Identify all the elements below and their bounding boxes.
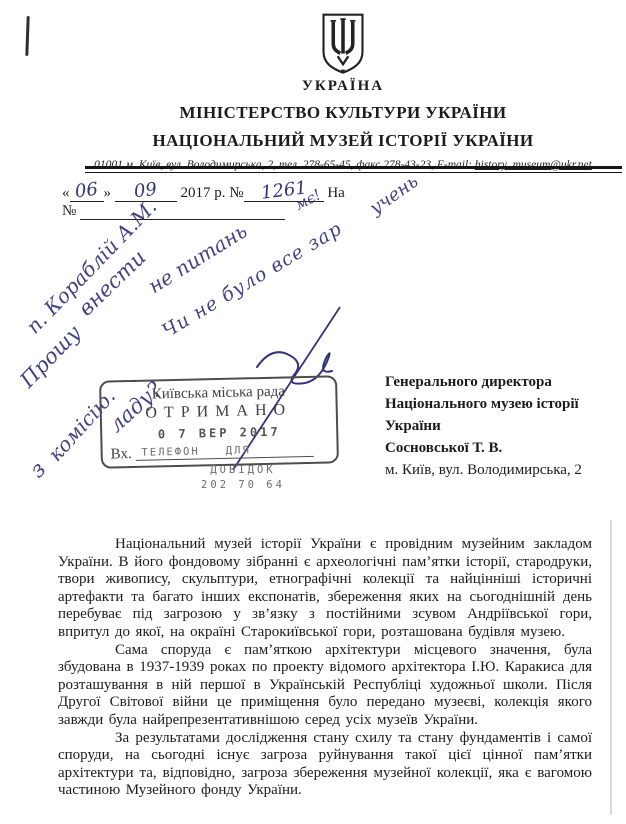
na-label: На xyxy=(327,185,345,201)
handwritten-day: 06 xyxy=(74,179,99,203)
body-paragraph: За результатами дослідження стану схилу … xyxy=(58,730,592,800)
phone-number: 202 70 64 xyxy=(183,478,303,493)
pen-mark xyxy=(25,16,29,56)
recipient-block: Генерального директора Національного муз… xyxy=(385,371,582,481)
letter-body: Національний музей історії України є про… xyxy=(58,536,592,800)
handwritten-note-segment: Прошу xyxy=(15,321,85,393)
phone-word: ДОВІДОК xyxy=(183,463,303,478)
phone-word: ДЛЯ xyxy=(226,444,251,457)
close-quote: » xyxy=(104,185,112,201)
stamp-phone-overprint: ТЕЛЕФОНДЛЯ xyxy=(141,444,250,458)
day-field: 06 xyxy=(70,180,104,202)
recipient-org: Національного музею історії xyxy=(385,393,582,415)
recipient-address: м. Київ, вул. Володимирська, 2 xyxy=(385,459,582,481)
ukraine-trident-emblem-icon xyxy=(316,12,370,74)
recipient-title: Генерального директора xyxy=(385,371,582,393)
open-quote: « xyxy=(62,185,70,201)
stamp-entry-field: ТЕЛЕФОНДЛЯ xyxy=(135,444,313,461)
stamp-status: ОТРИМАНО xyxy=(102,400,336,423)
museum-title: НАЦІОНАЛЬНИЙ МУЗЕЙ ІСТОРІЇ УКРАЇНИ xyxy=(60,131,626,151)
stamp-entry-label: Вх. xyxy=(111,446,132,462)
incoming-number-line: № xyxy=(62,203,285,220)
body-paragraph: Сама споруда є пам’яткою архітектури міс… xyxy=(58,642,592,730)
recipient-name: Сосновської Т. В. xyxy=(385,437,582,459)
phone-word: ТЕЛЕФОН xyxy=(141,446,200,459)
received-stamp: Київська міська рада ОТРИМАНО 0 7 ВЕР 20… xyxy=(99,375,339,468)
recipient-org2: України xyxy=(385,415,582,437)
stamp-date: 0 7 ВЕР 2017 xyxy=(102,423,336,442)
incoming-number-field xyxy=(80,219,285,220)
incoming-number-label: № xyxy=(62,203,76,219)
handwritten-note-segment: учень xyxy=(366,171,422,219)
phone-stamp: ДОВІДОК 202 70 64 xyxy=(183,463,303,493)
handwritten-note-segment: з xyxy=(25,457,51,483)
date-suffix: 2017 р. № xyxy=(181,185,244,201)
stamp-entry-line: Вх. ТЕЛЕФОНДЛЯ xyxy=(111,441,331,463)
scan-edge-artifact xyxy=(610,520,612,815)
letterhead: УКРАЇНА МІНІСТЕРСТВО КУЛЬТУРИ УКРАЇНИ НА… xyxy=(60,12,626,171)
body-paragraph: Національний музей історії України є про… xyxy=(58,536,592,642)
letterhead-divider-rule xyxy=(85,166,622,173)
country-title: УКРАЇНА xyxy=(60,78,626,95)
ministry-title: МІНІСТЕРСТВО КУЛЬТУРИ УКРАЇНИ xyxy=(60,103,626,123)
